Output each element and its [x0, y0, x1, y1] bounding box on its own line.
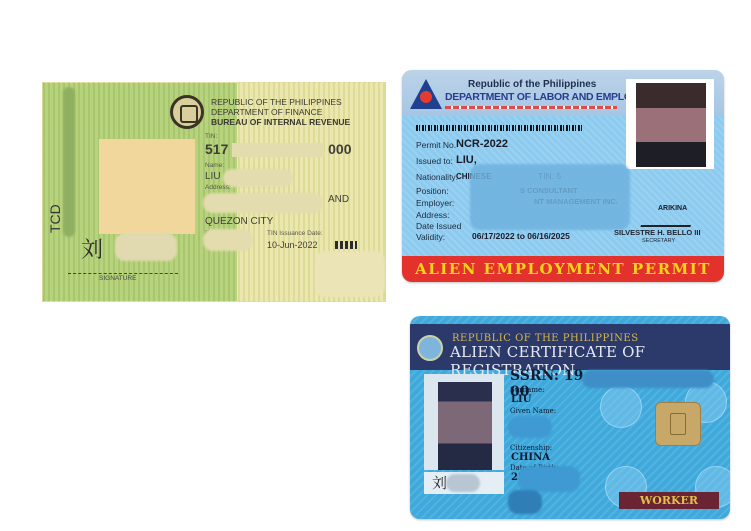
redacted-region	[223, 169, 293, 187]
holder-photo	[626, 79, 714, 169]
address-label: Address:	[416, 210, 450, 220]
position-label: Position:	[416, 186, 449, 196]
photo-area	[99, 139, 195, 234]
city-value: QUEZON CITY	[205, 216, 273, 227]
signature-label: SIGNATURE	[99, 275, 136, 282]
tin-value: 517 000	[205, 141, 352, 157]
redacted-region	[508, 490, 542, 514]
given-name-label: Given Name:	[510, 407, 556, 415]
redacted-region	[63, 87, 75, 237]
smart-chip-icon	[655, 402, 701, 446]
issued-to-value: LIU,	[456, 154, 477, 166]
issued-to-label: Issued to:	[416, 156, 453, 166]
signatory-title: SECRETARY	[642, 238, 675, 244]
category-badge: WORKER	[619, 492, 719, 509]
ssrn-label: SSRN:	[510, 368, 559, 384]
side-code: TCD	[47, 204, 63, 233]
surname-value: LIU	[511, 394, 531, 405]
citizenship-value: CHINA	[511, 452, 550, 463]
permit-no-label: Permit No.	[416, 140, 456, 150]
tin-prefix: 517	[205, 141, 228, 157]
address-label: Address:	[205, 184, 231, 191]
tin-label: TIN:	[205, 133, 217, 140]
redacted-region	[446, 474, 480, 492]
permit-banner: ALIEN EMPLOYMENT PERMIT	[402, 256, 724, 282]
republic-text: Republic of the Philippines	[468, 79, 596, 90]
header-line-3: BUREAU OF INTERNAL REVENUE	[211, 117, 350, 127]
signature: 刘	[81, 233, 103, 264]
tin-suffix: 000	[328, 141, 351, 157]
header-line-2: DEPARTMENT OF FINANCE	[211, 107, 350, 117]
redacted-region	[470, 164, 630, 230]
redacted-region	[582, 370, 714, 388]
surname-label: Surname:	[510, 386, 544, 394]
chinese-name-glyph: 刘	[432, 474, 447, 492]
employer-label: Employer:	[416, 198, 454, 208]
redacted-region	[508, 416, 552, 438]
signature	[640, 207, 697, 227]
microprint-strip	[445, 106, 617, 109]
bi-seal-icon	[417, 335, 443, 361]
card-header: REPUBLIC OF THE PHILIPPINES DEPARTMENT O…	[211, 97, 350, 127]
alien-certificate-of-registration-card: REPUBLIC OF THE PHILIPPINES ALIEN CERTIF…	[410, 316, 730, 519]
ssrn-prefix: 19	[564, 368, 583, 384]
date-issued-label: Date Issued	[416, 221, 461, 231]
holder-photo	[424, 374, 504, 470]
name-label: Name:	[205, 162, 224, 169]
barcode	[416, 125, 584, 131]
permit-no-value: NCR-2022	[456, 138, 508, 150]
alien-employment-permit-card: Republic of the Philippines DEPARTMENT O…	[402, 70, 724, 282]
qr-code-icon	[335, 241, 357, 249]
redacted-region	[203, 229, 253, 251]
redacted-region	[115, 233, 177, 261]
name-value: LIU	[205, 171, 221, 182]
header-line-1: REPUBLIC OF THE PHILIPPINES	[211, 97, 350, 107]
nationality-label: Nationality:	[416, 172, 458, 182]
signatory-name: SILVESTRE H. BELLO III	[614, 228, 701, 237]
issuance-label: TIN Issuance Date:	[267, 230, 323, 237]
redacted-region	[518, 466, 580, 492]
dole-logo-icon	[410, 79, 442, 109]
validity-value: 06/17/2022 to 06/16/2025	[472, 231, 570, 241]
bir-seal-icon	[170, 95, 204, 129]
tin-id-card: REPUBLIC OF THE PHILIPPINES DEPARTMENT O…	[42, 82, 386, 302]
redacted-face	[438, 382, 492, 470]
validity-label: Validity:	[416, 232, 445, 242]
redacted-region	[232, 143, 324, 157]
address-suffix: AND	[328, 194, 349, 205]
signature-line	[68, 273, 178, 274]
citizenship-label: Citizenship:	[510, 444, 552, 452]
redacted-region	[203, 193, 323, 213]
issuance-value: 10-Jun-2022	[267, 240, 318, 250]
redacted-region	[315, 251, 385, 297]
redacted-face	[636, 83, 706, 167]
